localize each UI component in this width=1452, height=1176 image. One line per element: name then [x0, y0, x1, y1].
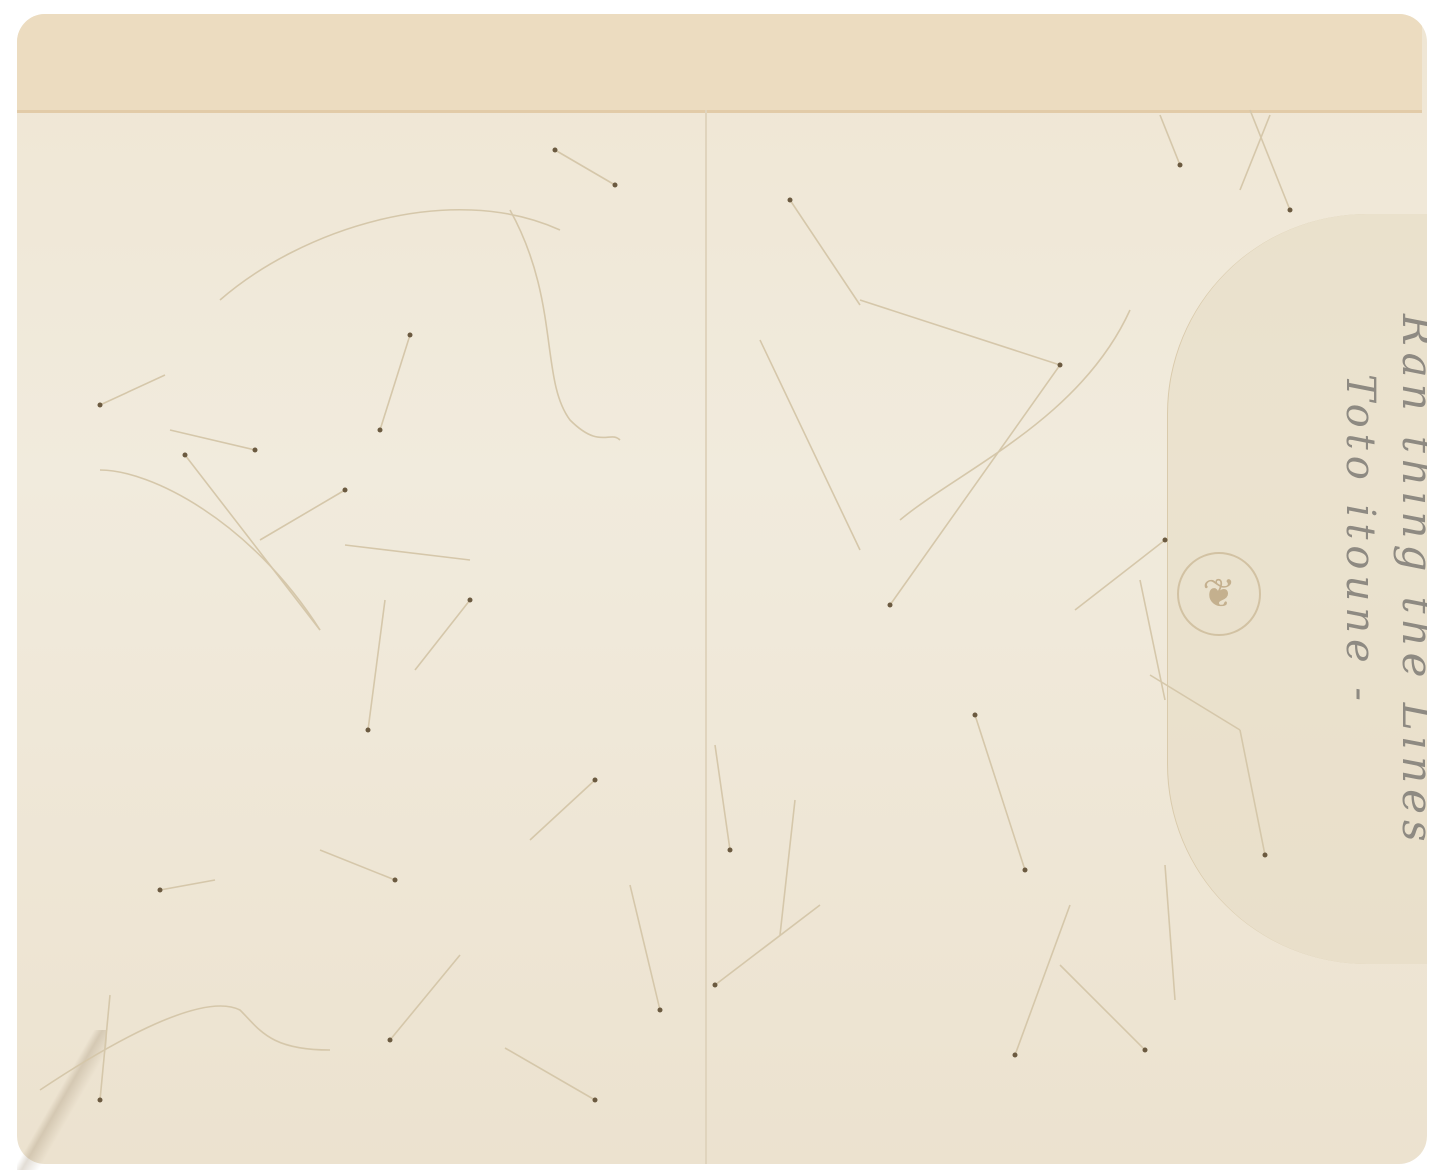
threads-layer: [0, 0, 1452, 1176]
